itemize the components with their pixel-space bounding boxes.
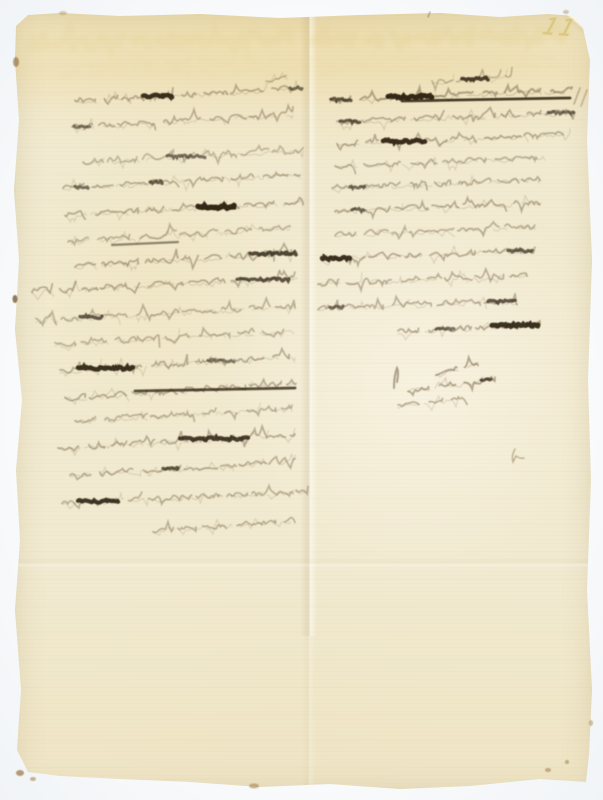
scan-background: 11 [0,0,603,800]
paper-sheet [13,11,594,792]
horizontal-fold-crease [13,557,594,569]
vertical-fold-crease-lower [302,636,315,792]
vertical-fold-crease [300,11,317,636]
